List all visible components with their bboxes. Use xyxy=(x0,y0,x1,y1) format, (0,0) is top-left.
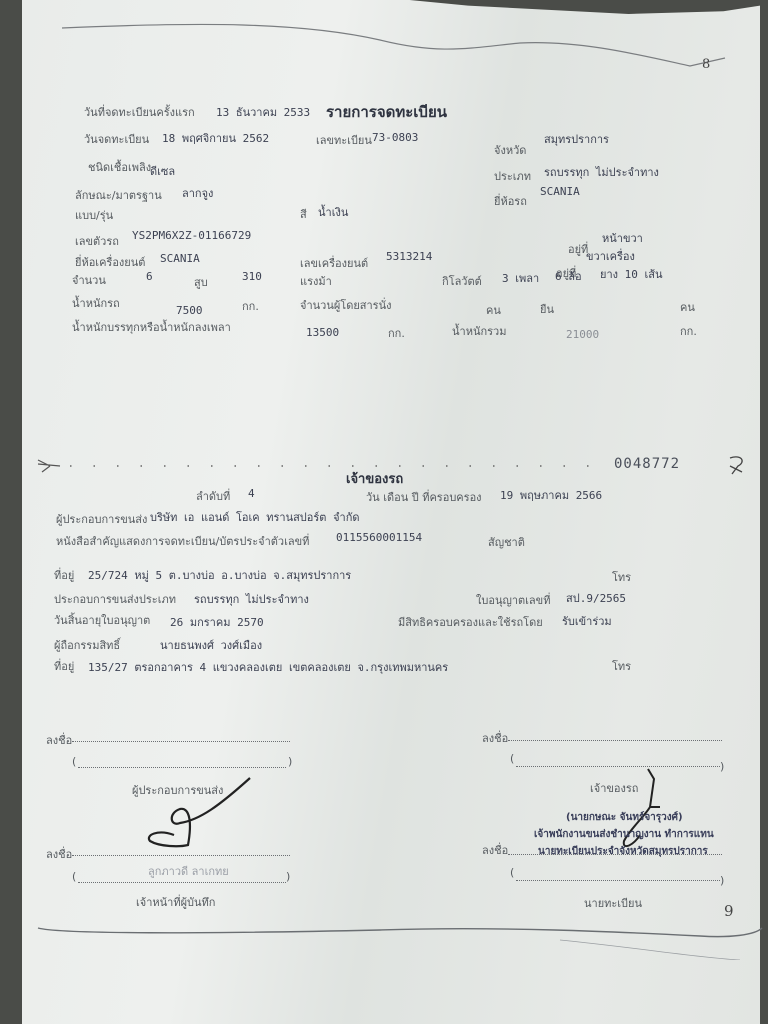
chassis-location: หน้าขวา xyxy=(602,229,643,247)
province-label: จังหวัด xyxy=(494,141,526,159)
id-number: 0115560001154 xyxy=(336,531,422,544)
brand-label: ยี่ห้อรถ xyxy=(494,192,527,210)
stand-label: ยืน xyxy=(540,300,554,318)
holder-address-label: ที่อยู่ xyxy=(54,657,74,675)
horsepower: 310 xyxy=(242,270,262,283)
color-label: สี xyxy=(300,205,307,223)
sign-line-registrar xyxy=(508,854,722,855)
license-number: สป.9/2565 xyxy=(566,589,626,607)
name-line-recorder xyxy=(78,882,286,883)
holder-name: นายธนพงศ์ วงศ์เมือง xyxy=(160,636,262,654)
plate-label: เลขทะเบียน xyxy=(316,131,372,149)
page-number-top: 8 xyxy=(702,57,710,72)
fuel-label: ชนิดเชื้อเพลิง xyxy=(88,158,151,176)
license-label: ใบอนุญาตเลขที่ xyxy=(476,591,550,609)
holder-address: 135/27 ตรอกอาคาร 4 แขวงคลองเตย เขตคลองเต… xyxy=(88,658,448,676)
operator-name: บริษัท เอ แอนด์ โอเค ทรานสปอร์ต จำกัด xyxy=(150,508,360,526)
paren-close: ) xyxy=(288,755,292,768)
wheels: 6 ล้อ xyxy=(555,267,582,285)
load-weight: 13500 xyxy=(306,326,339,339)
reg-date: 18 พฤศจิกายน 2562 xyxy=(162,129,269,147)
fold-line-bottom xyxy=(0,900,768,960)
id-label: หนังสือสำคัญแสดงการจดทะเบียน/บัตรประจำตั… xyxy=(56,532,309,550)
model-label: แบบ/รุ่น xyxy=(75,206,113,224)
cylinders: 6 xyxy=(146,270,153,283)
license-expiry: 26 มกราคม 2570 xyxy=(170,613,264,631)
standard-label: ลักษณะ/มาตรฐาน xyxy=(75,186,162,204)
serial-number: 0048772 xyxy=(614,456,680,472)
brand: SCANIA xyxy=(540,185,580,198)
weight-label: น้ำหนักรถ xyxy=(72,294,120,312)
name-line-registrar xyxy=(516,880,720,881)
fuel: ดีเซล xyxy=(150,162,175,180)
plate-number: 73-0803 xyxy=(372,131,418,144)
axles: 3 เพลา xyxy=(502,269,539,287)
total-weight: 21000 xyxy=(566,328,599,341)
paren-open-3: ( xyxy=(510,752,514,765)
vehicle-weight: 7500 xyxy=(176,304,203,317)
type-label: ประเภท xyxy=(494,167,531,185)
sign-line-owner xyxy=(508,740,722,741)
holder-phone-label: โทร xyxy=(612,657,631,675)
stand-unit: คน xyxy=(680,298,695,316)
order-label: ลำดับที่ xyxy=(196,487,230,505)
paren-open-4: ( xyxy=(510,866,514,879)
paren-open-2: ( xyxy=(72,870,76,883)
sign-label-registrar: ลงชื่อ xyxy=(482,841,508,859)
engine-no-label: เลขเครื่องยนต์ xyxy=(300,254,368,272)
color: น้ำเงิน xyxy=(318,203,348,221)
recorder-name: ลูกภาวดี ลาเกทย xyxy=(148,862,229,880)
paren-open: ( xyxy=(72,755,76,768)
tires: ยาง 10 เส้น xyxy=(600,265,662,283)
seats-unit: คน xyxy=(486,301,501,319)
fold-line-top xyxy=(0,0,768,80)
weight-unit: กก. xyxy=(242,297,259,315)
stamp-line-2: เจ้าพนักงานขนส่งชำนาญงาน ทำการแทน xyxy=(534,827,714,842)
order-number: 4 xyxy=(248,487,255,500)
cylinder-unit: สูบ xyxy=(194,273,208,291)
vehicle-type: รถบรรทุก ไม่ประจำทาง xyxy=(544,163,659,181)
first-reg-label: วันที่จดทะเบียนครั้งแรก xyxy=(84,103,195,121)
rights-label: มีสิทธิครอบครองและใช้รถโดย xyxy=(398,613,543,631)
paren-close-4: ) xyxy=(720,874,724,887)
expiry-label: วันสิ้นอายุใบอนุญาต xyxy=(54,611,150,629)
province: สมุทรปราการ xyxy=(544,130,609,148)
sign-label-operator: ลงชื่อ xyxy=(46,731,72,749)
recorder-signature xyxy=(140,775,260,855)
name-line-operator xyxy=(78,767,286,768)
operator-address: 25/724 หมู่ 5 ต.บางบ่อ อ.บางบ่อ จ.สมุทรป… xyxy=(88,566,351,584)
registration-title: รายการจดทะเบียน xyxy=(326,100,447,124)
hp-unit: แรงม้า xyxy=(300,272,332,290)
sign-label-owner: ลงชื่อ xyxy=(482,729,508,747)
chassis-label: เลขตัวรถ xyxy=(75,232,119,250)
biz-type-label: ประกอบการขนส่งประเภท xyxy=(54,590,176,608)
engine-location: ขวาเครื่อง xyxy=(586,247,635,265)
operator-label: ผู้ประกอบการขนส่ง xyxy=(56,510,147,528)
owner-title: เจ้าของรถ xyxy=(346,468,403,489)
sign-label-recorder: ลงชื่อ xyxy=(46,845,72,863)
load-label: น้ำหนักบรรทุกหรือน้ำหนักลงเพลา xyxy=(72,318,231,336)
stamp-line-3: นายทะเบียนประจำจังหวัดสมุทรปราการ xyxy=(538,844,708,859)
stamp-line-1: (นายกษณะ จันทร์จารุวงศ์) xyxy=(566,810,683,825)
engine-brand: SCANIA xyxy=(160,252,200,265)
count-label: จำนวน xyxy=(72,271,106,289)
engine-brand-label: ยี่ห้อเครื่องยนต์ xyxy=(75,253,145,271)
first-reg-date: 13 ธันวาคม 2533 xyxy=(216,103,310,121)
nationality-label: สัญชาติ xyxy=(488,533,525,551)
holder-label: ผู้ถือกรรมสิทธิ์ xyxy=(54,636,120,654)
paren-close-3: ) xyxy=(720,760,724,773)
possess-date: 19 พฤษภาคม 2566 xyxy=(500,486,602,504)
engine-number: 5313214 xyxy=(386,250,432,263)
total-label: น้ำหนักรวม xyxy=(452,322,506,340)
sign-line-recorder xyxy=(72,855,290,856)
rights-value: รับเข้าร่วม xyxy=(562,612,612,630)
biz-type: รถบรรทุก ไม่ประจำทาง xyxy=(194,590,309,608)
address-label: ที่อยู่ xyxy=(54,566,74,584)
kw-label: กิโลวัตต์ xyxy=(442,272,482,290)
phone-label: โทร xyxy=(612,568,631,586)
sign-line-operator xyxy=(72,741,290,742)
chassis-number: YS2PM6X2Z-01166729 xyxy=(132,229,251,242)
possess-date-label: วัน เดือน ปี ที่ครอบครอง xyxy=(366,488,482,506)
paren-close-2: ) xyxy=(286,870,290,883)
load-unit: กก. xyxy=(388,324,405,342)
standard: ลากจูง xyxy=(182,184,213,202)
reg-date-label: วันจดทะเบียน xyxy=(84,130,149,148)
total-unit: กก. xyxy=(680,322,697,340)
seats-label: จำนวนผู้โดยสารนั่ง xyxy=(300,296,391,314)
